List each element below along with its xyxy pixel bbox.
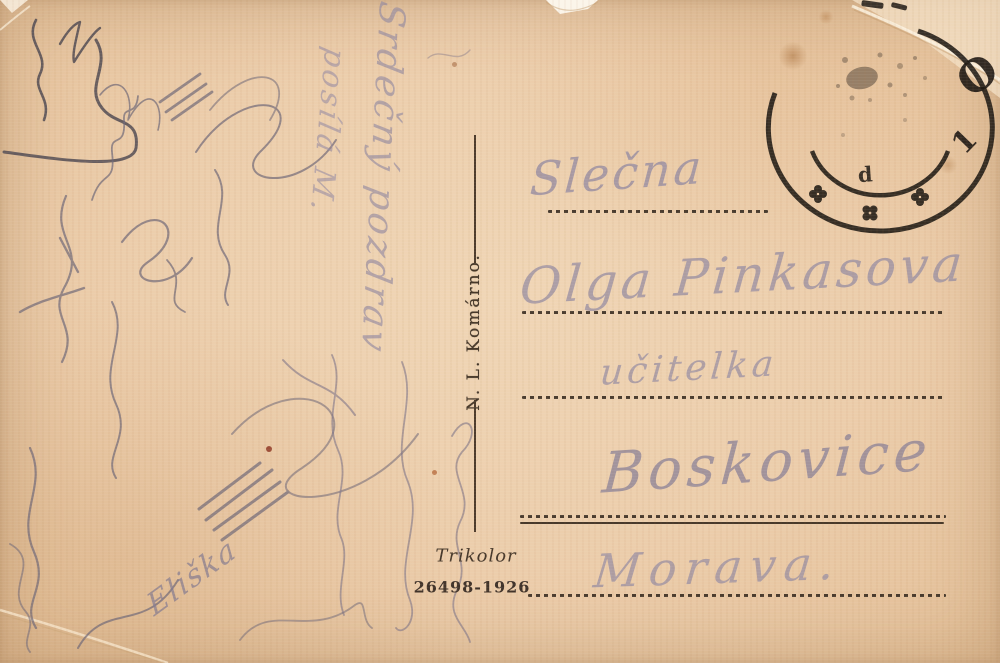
address-line-1: Slečna (528, 140, 706, 207)
signature-stroke (10, 544, 30, 652)
fold-highlight (852, 0, 1000, 98)
address-ruling-1 (548, 210, 768, 213)
signature-stroke (196, 105, 336, 178)
postmark-inner-ring (812, 151, 948, 195)
stain-spot (778, 42, 808, 70)
signature-stroke (4, 40, 136, 162)
postcard-back: Srdečný pozdrav posílá M. Eliška N. L. K… (0, 0, 1000, 663)
tear-edge (546, 2, 598, 10)
signature-stroke (20, 238, 84, 312)
address-line-2: Olga Pinkasova (518, 234, 969, 316)
crease-line (852, 6, 1000, 80)
signature-stroke (283, 360, 355, 415)
signature-stroke (78, 580, 178, 648)
address-line-5: Morava. (591, 536, 845, 599)
address-line-4: Boskovice (600, 418, 934, 507)
brand-mark: Trikolor (435, 546, 516, 567)
centre-divider-top (474, 135, 476, 263)
signature-stroke (232, 399, 418, 497)
signature-stroke (332, 355, 344, 615)
address-ruling-5 (528, 594, 946, 597)
address-line-3: učitelka (598, 343, 779, 394)
corner-crease (0, 6, 30, 30)
signature-eliska: Eliška (142, 531, 242, 624)
signature-stroke (167, 260, 185, 312)
address-ruling-4 (520, 515, 946, 518)
signature-scribble (199, 463, 288, 540)
address-ruling-3 (522, 396, 946, 399)
greeting-line-1: Srdečný pozdrav (353, 0, 412, 358)
centre-divider-bottom (474, 400, 476, 532)
stain-spot (266, 446, 272, 452)
print-number: 26498-1926 (414, 578, 531, 597)
ink-marks-top-edge (861, 0, 907, 11)
signature-stroke (60, 22, 100, 62)
signature-stroke (33, 20, 46, 120)
postmark-index-letter: d (857, 161, 874, 187)
signature-stroke (428, 50, 470, 58)
bottom-crease-shadow (0, 614, 165, 663)
signature-stroke (59, 196, 72, 362)
signature-stroke (110, 302, 121, 478)
stain-spot (452, 62, 457, 67)
signature-stroke (100, 85, 160, 130)
stain-spot (432, 470, 437, 475)
corner-nick (0, 0, 28, 13)
postmark-numeral-1: 1 (945, 122, 985, 161)
signature-stroke (240, 603, 372, 640)
signature-stroke (215, 170, 230, 305)
signature-scribble (160, 74, 212, 120)
stain-spot (818, 10, 834, 24)
address-ruling-2 (522, 311, 946, 314)
printer-imprint: N. L. Komárno. (464, 253, 484, 411)
address-ruling-4-underline (520, 522, 944, 524)
signature-stroke (28, 448, 39, 628)
postmark-smudge (836, 53, 927, 138)
crease-shadow (854, 10, 1000, 84)
signature-stroke (396, 362, 413, 630)
signature-stroke (122, 220, 192, 281)
postmark-outer-ring (768, 31, 992, 231)
bottom-crease (0, 610, 168, 663)
signature-stroke (210, 77, 279, 120)
postmark-letter-o: O (947, 44, 1000, 108)
greeting-line-2: posílá M. (303, 44, 352, 218)
signature-stroke (92, 96, 138, 200)
tear-notch (546, 0, 598, 14)
stain-spot (938, 156, 958, 174)
signature-stroke (452, 423, 472, 642)
postmark-clover-ornaments (809, 185, 929, 226)
